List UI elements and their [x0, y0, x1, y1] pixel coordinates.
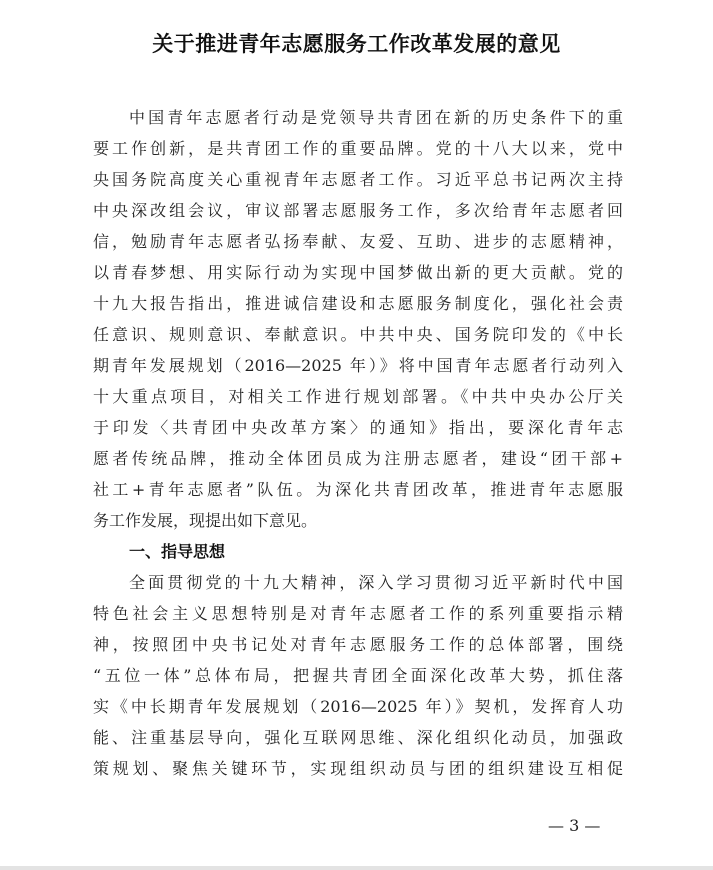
document-page: 关于推进青年志愿服务工作改革发展的意见 中国青年志愿者行动是党领导共青团在新的历…	[0, 0, 713, 866]
document-body: 中国青年志愿者行动是党领导共青团在新的历史条件下的重 要工作创新，是共青团工作的…	[93, 102, 623, 784]
paragraph-line: 期青年发展规划（2016—2025 年）》将中国青年志愿者行动列入	[93, 350, 623, 381]
paragraph-line: 特色社会主义思想特别是对青年志愿者工作的系列重要指示精	[93, 598, 623, 629]
paragraph-line: 务工作发展，现提出如下意见。	[93, 505, 623, 536]
paragraph-line: 策规划、聚焦关键环节，实现组织动员与团的组织建设互相促	[93, 753, 623, 784]
paragraph-line: 实《中长期青年发展规划（2016—2025 年）》契机，发挥育人功	[93, 691, 623, 722]
page-number: — 3 —	[548, 816, 600, 835]
paragraph-line: 任意识、规则意识、奉献意识。中共中央、国务院印发的《中长	[93, 319, 623, 350]
paragraph-line: 中国青年志愿者行动是党领导共青团在新的历史条件下的重	[93, 102, 623, 133]
paragraph-line: 能、注重基层导向，强化互联网思维、深化组织化动员，加强政	[93, 722, 623, 753]
section-heading: 一、指导思想	[93, 536, 623, 567]
paragraph-line: 要工作创新，是共青团工作的重要品牌。党的十八大以来，党中	[93, 133, 623, 164]
paragraph-line: 信，勉励青年志愿者弘扬奉献、友爱、互助、进步的志愿精神，	[93, 226, 623, 257]
document-title: 关于推进青年志愿服务工作改革发展的意见	[0, 28, 713, 58]
paragraph-line: 社工+青年志愿者”队伍。为深化共青团改革，推进青年志愿服	[93, 474, 623, 505]
paragraph-line: 央国务院高度关心重视青年志愿者工作。习近平总书记两次主持	[93, 164, 623, 195]
paragraph-line: 神，按照团中央书记处对青年志愿服务工作的总体部署，围绕	[93, 629, 623, 660]
paragraph-line: 愿者传统品牌，推动全体团员成为注册志愿者，建设“团干部+	[93, 443, 623, 474]
paragraph-line: 十九大报告指出，推进诚信建设和志愿服务制度化，强化社会责	[93, 288, 623, 319]
paragraph-line: “五位一体”总体布局，把握共青团全面深化改革大势，抓住落	[93, 660, 623, 691]
paragraph-line: 于印发〈共青团中央改革方案〉的通知》指出，要深化青年志	[93, 412, 623, 443]
paragraph-line: 中央深改组会议，审议部署志愿服务工作，多次给青年志愿者回	[93, 195, 623, 226]
paragraph-line: 全面贯彻党的十九大精神，深入学习贯彻习近平新时代中国	[93, 567, 623, 598]
page-bottom-edge	[0, 866, 713, 870]
paragraph-line: 以青春梦想、用实际行动为实现中国梦做出新的更大贡献。党的	[93, 257, 623, 288]
paragraph-line: 十大重点项目，对相关工作进行规划部署。《中共中央办公厅关	[93, 381, 623, 412]
